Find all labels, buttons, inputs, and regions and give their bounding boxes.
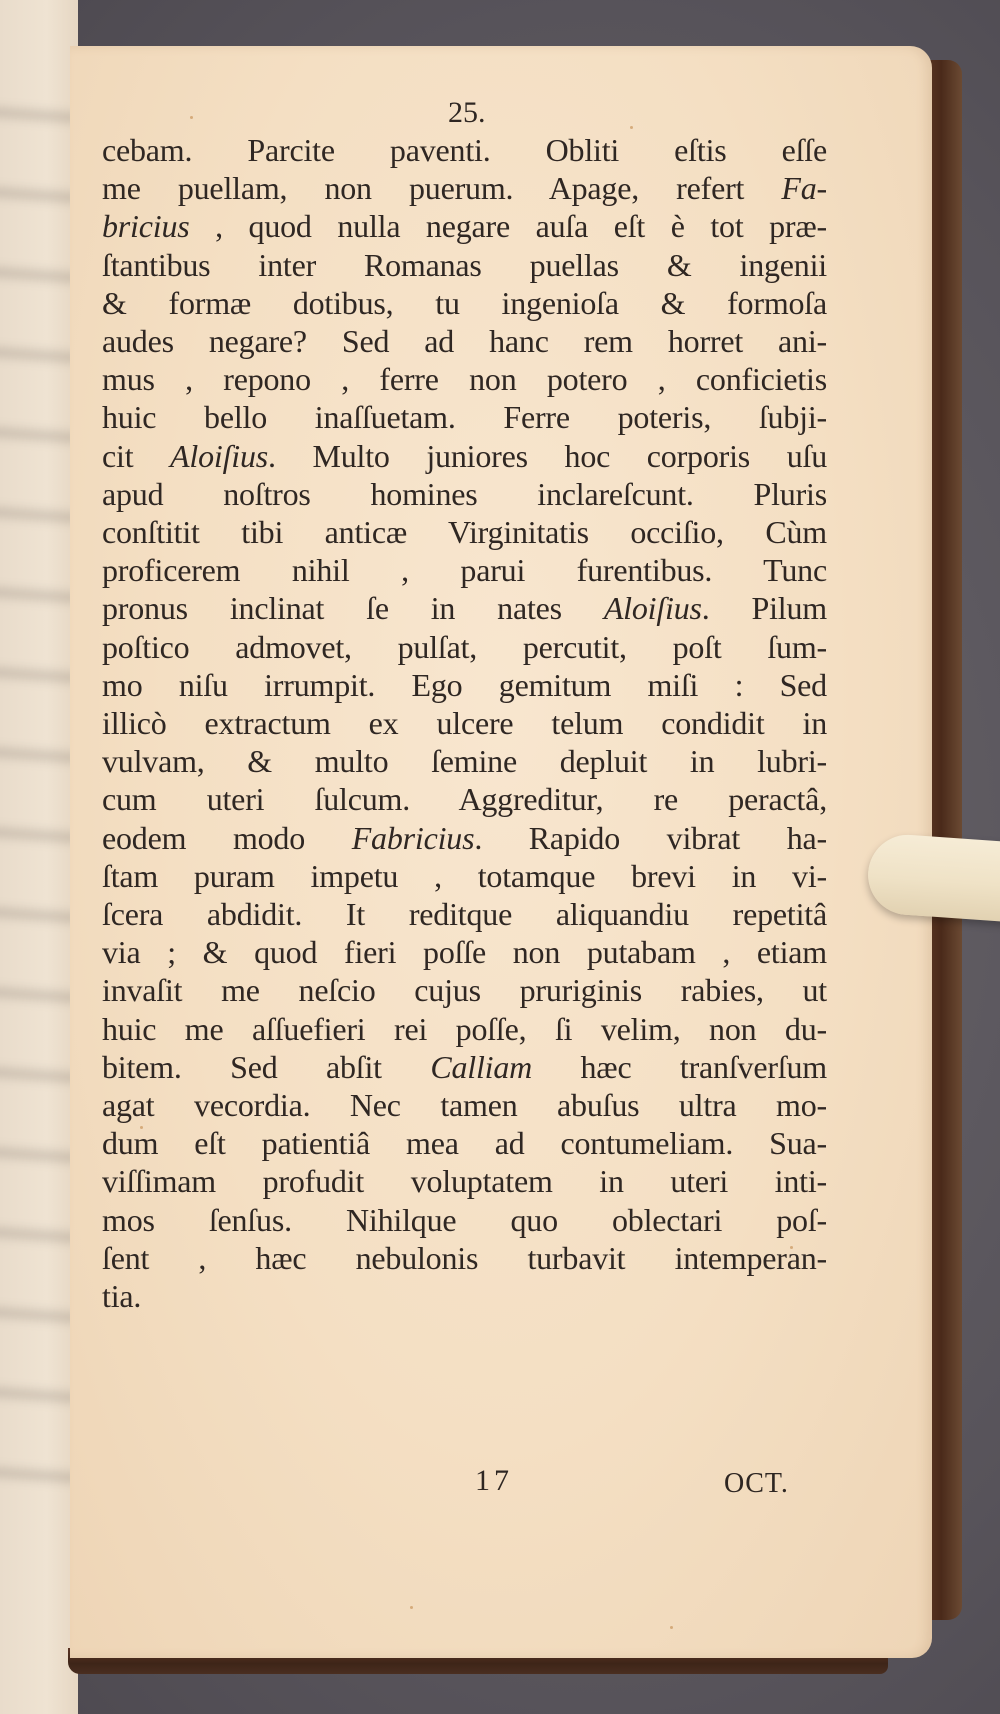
text-line: dum eſt patientiâ mea ad contumeliam. Su… bbox=[102, 1124, 827, 1162]
text-line: ſent , hæc nebulonis turbavit intemperan… bbox=[102, 1239, 827, 1277]
text-line: agat vecordia. Nec tamen abuſus ultra mo… bbox=[102, 1086, 827, 1124]
text-line: mo niſu irrumpit. Ego gemitum miſi : Sed bbox=[102, 666, 827, 704]
ghost-text-line bbox=[0, 1226, 78, 1244]
catchword: OCT. bbox=[724, 1468, 789, 1500]
ghost-text-line bbox=[0, 1466, 78, 1484]
ghost-text-line bbox=[0, 346, 78, 364]
text-line: bitem. Sed abſit Calliam hæc tranſverſum bbox=[102, 1048, 827, 1086]
body-text: cebam. Parcite paventi. Obliti eſtis eſſ… bbox=[102, 131, 827, 1315]
text-line: pronus inclinat ſe in nates Aloiſius. Pi… bbox=[102, 589, 827, 627]
italic-name: Fa- bbox=[781, 170, 827, 206]
text-line: huic bello inaſſuetam. Ferre poteris, ſu… bbox=[102, 398, 827, 436]
paper-speck bbox=[630, 126, 633, 129]
ghost-text-line bbox=[0, 1146, 78, 1164]
text-line: invaſit me neſcio cujus pruriginis rabie… bbox=[102, 971, 827, 1009]
ghost-text-line bbox=[0, 666, 78, 684]
text-line: & formæ dotibus, tu ingenioſa & formoſa bbox=[102, 284, 827, 322]
italic-name: bricius bbox=[102, 208, 190, 244]
text-line: huic me aſſuefieri rei poſſe, ſi velim, … bbox=[102, 1010, 827, 1048]
text-line: illicò extractum ex ulcere telum condidi… bbox=[102, 704, 827, 742]
text-line: cit Aloiſius. Multo juniores hoc corpori… bbox=[102, 437, 827, 475]
ghost-text-line bbox=[0, 506, 78, 524]
text-line: apud noſtros homines inclareſcunt. Pluri… bbox=[102, 475, 827, 513]
ghost-text-line bbox=[0, 1066, 78, 1084]
text-line: cum uteri ſulcum. Aggreditur, re peractâ… bbox=[102, 780, 827, 818]
left-facing-page-blurred bbox=[0, 0, 78, 1714]
text-line: poſtico admovet, pulſat, percutit, poſt … bbox=[102, 628, 827, 666]
ghost-text-line bbox=[0, 106, 78, 124]
page-number: 25. bbox=[448, 96, 486, 130]
text-line: via ; & quod fieri poſſe non putabam , e… bbox=[102, 933, 827, 971]
italic-name: Aloiſius bbox=[170, 438, 268, 474]
text-line: conſtitit tibi anticæ Virginitatis occiſ… bbox=[102, 513, 827, 551]
text-line: ſtantibus inter Romanas puellas & ingeni… bbox=[102, 246, 827, 284]
paper-speck bbox=[410, 1606, 413, 1609]
italic-name: Calliam bbox=[430, 1049, 532, 1085]
paper-speck bbox=[190, 116, 193, 119]
text-line: mus , repono , ferre non potero , confic… bbox=[102, 360, 827, 398]
text-line: audes negare? Sed ad hanc rem horret ani… bbox=[102, 322, 827, 360]
ghost-text-line bbox=[0, 826, 78, 844]
text-line: bricius , quod nulla negare auſa eſt è t… bbox=[102, 207, 827, 245]
ghost-text-line bbox=[0, 586, 78, 604]
ghost-text-line bbox=[0, 426, 78, 444]
ghost-text-line bbox=[0, 986, 78, 1004]
text-line: cebam. Parcite paventi. Obliti eſtis eſſ… bbox=[102, 131, 827, 169]
text-line: me puellam, non puerum. Apage, refert Fa… bbox=[102, 169, 827, 207]
signature-mark: 17 bbox=[475, 1464, 513, 1498]
ghost-text-line bbox=[0, 266, 78, 284]
text-line: ſtam puram impetu , totamque brevi in vi… bbox=[102, 857, 827, 895]
ghost-text-line bbox=[0, 186, 78, 204]
text-line: viſſimam profudit voluptatem in uteri in… bbox=[102, 1162, 827, 1200]
ghost-text-line bbox=[0, 906, 78, 924]
text-line: vulvam, & multo ſemine depluit in lubri- bbox=[102, 742, 827, 780]
ghost-text-line bbox=[0, 1386, 78, 1404]
italic-name: Aloiſius bbox=[604, 590, 702, 626]
text-line: eodem modo Fabricius. Rapido vibrat ha- bbox=[102, 819, 827, 857]
text-line: proficerem nihil , parui furentibus. Tun… bbox=[102, 551, 827, 589]
ghost-text-line bbox=[0, 1306, 78, 1324]
italic-name: Fabricius bbox=[352, 820, 475, 856]
ghost-text-line bbox=[0, 746, 78, 764]
text-line: ſcera abdidit. It reditque aliquandiu re… bbox=[102, 895, 827, 933]
paper-speck bbox=[670, 1626, 673, 1629]
text-line: mos ſenſus. Nihilque quo oblectari poſ- bbox=[102, 1201, 827, 1239]
text-line: tia. bbox=[102, 1277, 827, 1315]
